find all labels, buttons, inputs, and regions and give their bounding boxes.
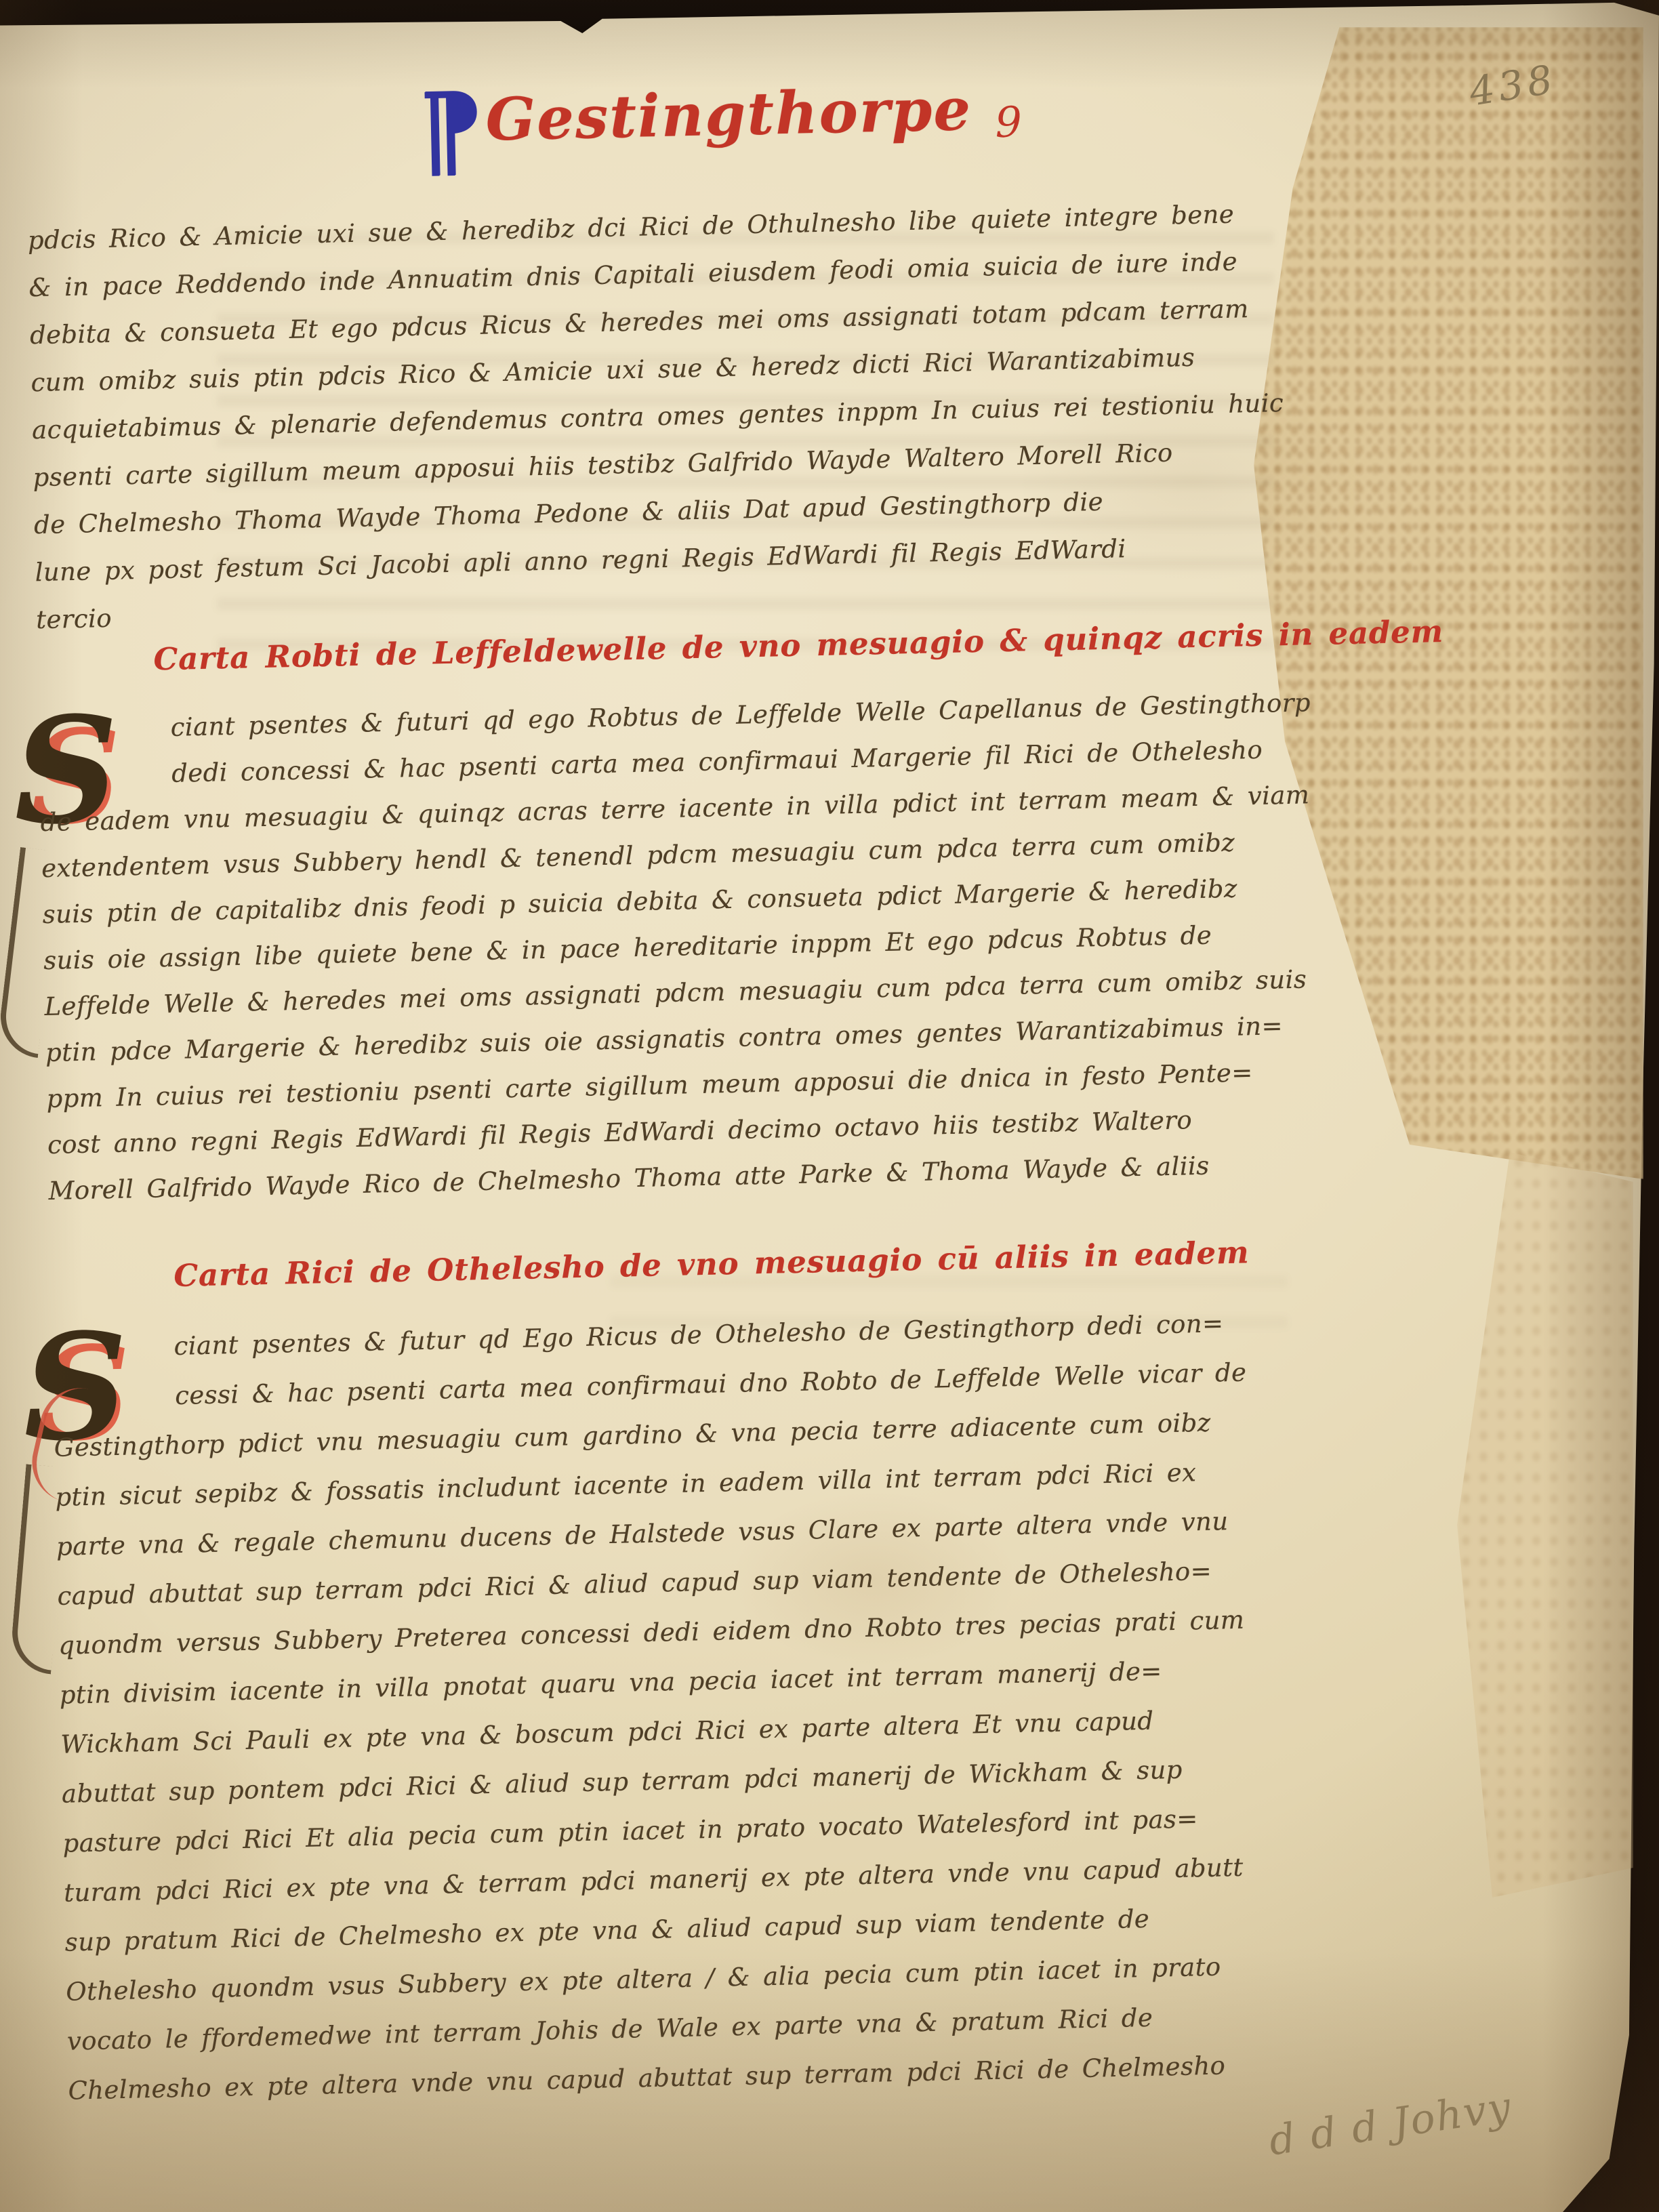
page-heading: ¶Gestingthorpe9 — [419, 66, 1023, 181]
charter-1-text: ciant psentes & futuri qd ego Robtus de … — [38, 679, 1343, 1214]
manuscript-page: 438 ¶Gestingthorpe9 pdcis Rico & Amicie … — [0, 0, 1659, 2212]
heading-flourish: 9 — [995, 97, 1023, 147]
charter-2-text: ciant psentes & futur qd Ego Ricus de Ot… — [52, 1296, 1370, 2116]
charter-continuation-text: pdcis Rico & Amicie uxi sue & heredibz d… — [27, 189, 1324, 644]
manuscript-text-layer: ¶Gestingthorpe9 pdcis Rico & Amicie uxi … — [0, 0, 1659, 2212]
heading-place-name: Gestingthorpe — [485, 75, 972, 155]
pen-trial-scribble: d d d Johvy — [1266, 2083, 1515, 2165]
paraph-mark-icon: ¶ — [419, 79, 486, 182]
rubric-charter-2: Carta Rici de Othelesho de vno mesuagio … — [173, 1234, 1250, 1294]
